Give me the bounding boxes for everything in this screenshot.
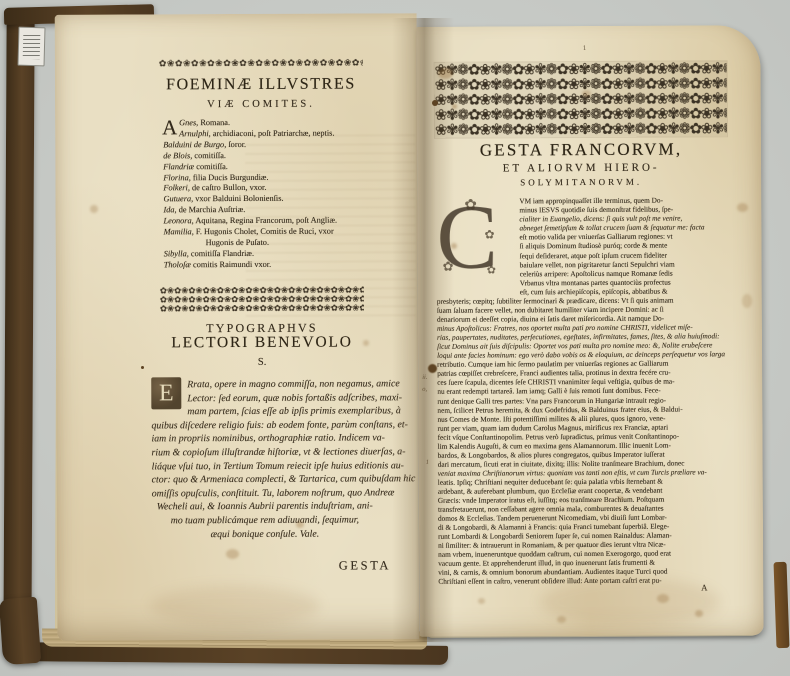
foxing-spot xyxy=(363,340,369,346)
foxing-spot xyxy=(618,496,623,501)
water-stain xyxy=(150,586,320,626)
list-item-detail: comitiſſa. xyxy=(192,151,226,160)
foxing-spot xyxy=(737,203,748,212)
list-item-detail: comitiſſa Flandriæ. xyxy=(189,249,254,258)
list-item-name: Ida, xyxy=(163,206,176,215)
foxing-spot xyxy=(90,205,98,213)
ornament-row: ❀✾❁✿❀✾❁✿❀✾❁✿❀✾❁✿❀✾❁✿❀✾❁✿❀✾❁✿❀✾❁✿ xyxy=(435,91,727,107)
list-item: Tholoſæ comitis Raimundi vxor. xyxy=(164,259,386,271)
gesta-title-line3: SOLYMITANORVM. xyxy=(425,176,737,188)
foxing-spot xyxy=(452,104,457,109)
gesta-title-line1: GESTA FRANCORVM, xyxy=(425,139,737,161)
list-item-detail: F. Hugonis Cholet, Comitis de Ruci, vxor xyxy=(194,227,334,237)
salutem-abbreviation: S. xyxy=(142,356,382,368)
list-item-detail: comitis Raimundi vxor. xyxy=(191,260,271,269)
foxing-spot xyxy=(742,294,752,308)
paragraph-line: mam partem, ſcias eſſe ab ipſis primis e… xyxy=(151,405,377,420)
list-item-name: Balduini de Burgo, xyxy=(163,140,226,149)
water-stain xyxy=(540,578,720,626)
headband-ornament: ✿❀✿❀✿❀✿❀✿❀✿❀✿❀✿❀✿❀✿❀✿❀✿❀✿❀✿❀ xyxy=(159,57,363,71)
vine-ornament-icon: ✿ xyxy=(443,260,454,275)
list-item-name: Arnulphi, xyxy=(179,129,211,138)
foxing-spot xyxy=(226,549,239,559)
list-item-detail: de caſtro Bullon, vxor. xyxy=(190,183,267,192)
women-list: Gnes, Romana.Arnulphi, archidiaconi, poſ… xyxy=(163,117,386,271)
paragraph-line: ctor: quo & Armeniaca complecti, & Tarta… xyxy=(152,473,378,488)
list-item-detail: Romana. xyxy=(198,118,230,127)
list-item-name: de Blois, xyxy=(163,151,192,160)
vine-ornament-icon: ✿ xyxy=(484,227,494,241)
list-item-detail: de Marchia Auſtriæ. xyxy=(177,205,246,214)
vine-ornament-icon: ✿ xyxy=(487,263,496,276)
margin-note: 1 xyxy=(426,459,429,466)
paragraph-line: æqui bonique conſule. Vale. xyxy=(152,527,378,542)
ornament-row: ❀✾❁✿❀✾❁✿❀✾❁✿❀✾❁✿❀✾❁✿❀✾❁✿❀✾❁✿❀✾❁✿ xyxy=(435,61,727,77)
ornament-row: ❀✾❁✿❀✾❁✿❀✾❁✿❀✾❁✿❀✾❁✿❀✾❁✿❀✾❁✿❀✾❁✿ xyxy=(435,121,727,137)
gesta-title-line2: ET ALIORVM HIERO- xyxy=(425,161,737,175)
ornament-row: ✿❀✿❀✿❀✿❀✿❀✿❀✿❀✿❀✿❀✿❀✿❀✿❀✿❀✿❀✿❀ xyxy=(160,305,364,315)
foxing-spot xyxy=(582,90,591,97)
foxing-spot xyxy=(296,521,304,528)
list-item-detail: comitiſſa. xyxy=(194,162,228,171)
book-photograph: ✿❀✿❀✿❀✿❀✿❀✿❀✿❀✿❀✿❀✿❀✿❀✿❀✿❀✿❀ FOEMINÆ ILL… xyxy=(0,0,790,676)
list-item-name: Leonora, xyxy=(164,216,194,225)
ink-spot xyxy=(141,366,144,369)
woodcut-headpiece: ❀✾❁✿❀✾❁✿❀✾❁✿❀✾❁✿❀✾❁✿❀✾❁✿❀✾❁✿❀✾❁✿ ❀✾❁✿❀✾❁… xyxy=(435,61,727,138)
ornament-row: ❀✾❁✿❀✾❁✿❀✾❁✿❀✾❁✿❀✾❁✿❀✾❁✿❀✾❁✿❀✾❁✿ xyxy=(435,76,727,92)
ornament-row: ❀✾❁✿❀✾❁✿❀✾❁✿❀✾❁✿❀✾❁✿❀✾❁✿❀✾❁✿❀✾❁✿ xyxy=(435,106,727,122)
left-page-subtitle: VIÆ COMITES. xyxy=(141,98,381,110)
list-item-name: Mamilia, xyxy=(164,227,194,236)
foxing-spot xyxy=(451,243,457,249)
lectori-benevolo-heading: LECTORI BENEVOLO xyxy=(132,333,392,352)
foxing-spot xyxy=(438,68,453,79)
paragraph-line: liáque vſui tuo, in Tertium Tomum reieci… xyxy=(152,459,378,474)
list-item-name: Tholoſæ xyxy=(164,260,191,269)
paragraph-line: rium & copioſum illuſtrandæ hiſtoriæ, vt… xyxy=(152,445,378,460)
list-item-detail: archidiaconi, poſt Patriarchæ, neptis. xyxy=(211,128,335,138)
body-text: presbyteris; cœpitq; ſubtiliter ſermocin… xyxy=(437,295,733,586)
printer-note-paragraph: Rrata, opere in magno commiſſa, non nega… xyxy=(151,377,378,541)
paragraph-line: iam in propriis nominibus, orthographiæ … xyxy=(151,432,377,447)
left-page-title: FOEMINÆ ILLVSTRES xyxy=(141,75,381,94)
vine-ornament-icon: ✿ xyxy=(464,196,477,214)
section-ornament-band: ✿❀✿❀✿❀✿❀✿❀✿❀✿❀✿❀✿❀✿❀✿❀✿❀✿❀✿❀✿❀ ✿❀✿❀✿❀✿❀✿… xyxy=(160,286,364,314)
list-item-name: Gnes, xyxy=(179,118,198,127)
paragraph-line: Rrata, opere in magno commiſſa, non nega… xyxy=(151,377,377,392)
list-item-name: Gutuera, xyxy=(163,195,193,204)
ink-spot xyxy=(432,100,438,106)
foxing-spot xyxy=(478,598,485,604)
list-item-name: Florina, xyxy=(163,173,190,182)
list-item-detail: filia Ducis Burgundiæ. xyxy=(191,172,269,181)
initial-C-woodcut: C ✿ ✿ ✿ ✿ xyxy=(434,193,513,289)
ink-spot xyxy=(428,364,437,373)
paragraph-line: quibus diſcedere religio fuis: ab eodem … xyxy=(151,418,377,433)
list-item-detail: ſoror. xyxy=(226,140,246,149)
catchword: GESTA xyxy=(271,558,391,574)
list-item-detail: vxor Balduini Bolonienſis. xyxy=(193,194,283,203)
left-page: ✿❀✿❀✿❀✿❀✿❀✿❀✿❀✿❀✿❀✿❀✿❀✿❀✿❀✿❀ FOEMINÆ ILL… xyxy=(55,13,420,641)
paragraph-line: mo tuam publicámque rem adiuuandi, ſequi… xyxy=(152,513,378,528)
paragraph-line: omiſſis opuſculis, conſtituit. Tu, labor… xyxy=(152,486,378,501)
shelf-label xyxy=(17,27,45,67)
paragraph-line: Wecheli aui, & Ioannis Aubrii parentis i… xyxy=(152,500,378,515)
page-number: 1 xyxy=(569,44,599,52)
list-item-name: Flandriæ xyxy=(163,162,194,171)
paragraph-line: Lector: ſed eorum, quæ nobis fortaßis ad… xyxy=(151,391,377,406)
margin-note: ii. xyxy=(422,374,427,381)
list-item-detail: Hugonis de Puſato. xyxy=(206,238,269,247)
right-page: 1 ❀✾❁✿❀✾❁✿❀✾❁✿❀✾❁✿❀✾❁✿❀✾❁✿❀✾❁✿❀✾❁✿ ❀✾❁✿❀… xyxy=(416,25,763,637)
list-item-name: Sibylla, xyxy=(164,249,189,258)
list-item-detail: Aquitana, Regina Francorum, poſt Angliæ. xyxy=(194,216,337,226)
list-item-name: Folkeri, xyxy=(163,184,190,193)
margin-note: o, xyxy=(422,386,427,393)
body-text-opening: VM iam appropinquaſſet ille terminus, qu… xyxy=(519,195,732,296)
